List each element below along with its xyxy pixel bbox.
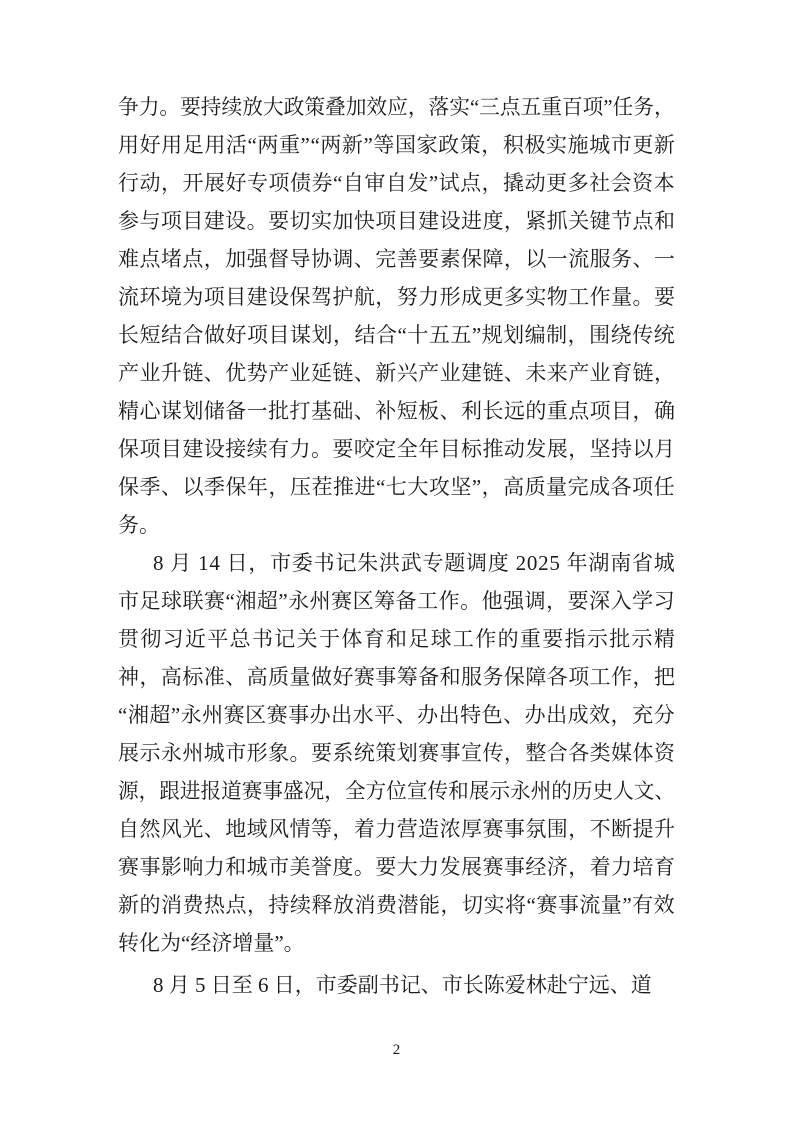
text-line: 转化为“经济增量”。 bbox=[118, 924, 675, 962]
text-line: 务。 bbox=[118, 506, 675, 544]
page-number: 2 bbox=[393, 1042, 401, 1058]
text-line: 市足球联赛“湘超”永州赛区筹备工作。他强调，要深入学习 bbox=[118, 582, 675, 620]
text-line: 长短结合做好项目谋划，结合“十五五”规划编制，围绕传统 bbox=[118, 316, 675, 354]
text-line: 展示永州城市形象。要系统策划赛事宣传，整合各类媒体资 bbox=[118, 734, 675, 772]
text-line: 精心谋划储备一批打基础、补短板、利长远的重点项目，确 bbox=[118, 392, 675, 430]
text-line: 8 月 5 日至 6 日，市委副书记、市长陈爱林赴宁远、道 bbox=[118, 966, 675, 1004]
text-line: 难点堵点，加强督导协调、完善要素保障，以一流服务、一 bbox=[118, 240, 675, 278]
text-line: 8 月 14 日，市委书记朱洪武专题调度 2025 年湖南省城 bbox=[118, 544, 675, 582]
text-line: 保项目建设接续有力。要咬定全年目标推动发展，坚持以月 bbox=[118, 430, 675, 468]
text-line: “湘超”永州赛区赛事办出水平、办出特色、办出成效，充分 bbox=[118, 696, 675, 734]
text-line: 神，高标准、高质量做好赛事筹备和服务保障各项工作，把 bbox=[118, 658, 675, 696]
text-line: 保季、以季保年，压茬推进“七大攻坚”，高质量完成各项任 bbox=[118, 468, 675, 506]
text-line: 贯彻习近平总书记关于体育和足球工作的重要指示批示精 bbox=[118, 620, 675, 658]
document-page: 争力。要持续放大政策叠加效应，落实“三点五重百项”任务，用好用足用活“两重”“两… bbox=[0, 0, 793, 1122]
text-line: 源，跟进报道赛事盛况，全方位宣传和展示永州的历史人文、 bbox=[118, 772, 665, 810]
text-line: 行动，开展好专项债券“自审自发”试点，撬动更多社会资本 bbox=[118, 164, 675, 202]
text-line: 产业升链、优势产业延链、新兴产业建链、未来产业育链， bbox=[118, 354, 675, 392]
text-line: 争力。要持续放大政策叠加效应，落实“三点五重百项”任务， bbox=[118, 88, 667, 126]
text-line: 参与项目建设。要切实加快项目建设进度，紧抓关键节点和 bbox=[118, 202, 675, 240]
document-body: 争力。要持续放大政策叠加效应，落实“三点五重百项”任务，用好用足用活“两重”“两… bbox=[118, 88, 675, 1004]
paragraph: 争力。要持续放大政策叠加效应，落实“三点五重百项”任务，用好用足用活“两重”“两… bbox=[118, 88, 675, 544]
paragraph: 8 月 14 日，市委书记朱洪武专题调度 2025 年湖南省城市足球联赛“湘超”… bbox=[118, 544, 675, 962]
text-line: 赛事影响力和城市美誉度。要大力发展赛事经济，着力培育 bbox=[118, 848, 675, 886]
paragraph: 8 月 5 日至 6 日，市委副书记、市长陈爱林赴宁远、道 bbox=[118, 966, 675, 1004]
text-line: 用好用足用活“两重”“两新”等国家政策，积极实施城市更新 bbox=[118, 126, 675, 164]
text-line: 自然风光、地域风情等，着力营造浓厚赛事氛围，不断提升 bbox=[118, 810, 675, 848]
page-footer: 2 bbox=[0, 1040, 793, 1060]
text-line: 新的消费热点，持续释放消费潜能，切实将“赛事流量”有效 bbox=[118, 886, 675, 924]
text-line: 流环境为项目建设保驾护航，努力形成更多实物工作量。要 bbox=[118, 278, 675, 316]
